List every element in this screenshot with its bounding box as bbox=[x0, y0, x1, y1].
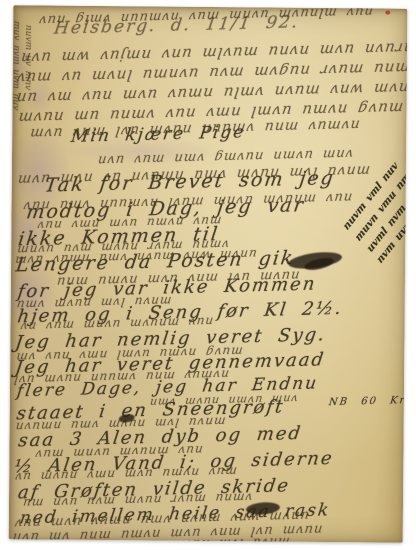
scan-background: Helsberg. d. 11/1 92. Min kjære Pige Tak… bbox=[0, 0, 416, 550]
handwriting-line: NB 60 Kr. bbox=[328, 395, 407, 408]
left-margin-scrawl-line: nuvm uv mnv bbox=[23, 24, 34, 90]
red-speck bbox=[385, 11, 390, 15]
letter-page: Helsberg. d. 11/1 92. Min kjære Pige Tak… bbox=[9, 5, 408, 542]
left-margin-scrawl-line: muv nvm uvm nuv bbox=[10, 20, 21, 111]
